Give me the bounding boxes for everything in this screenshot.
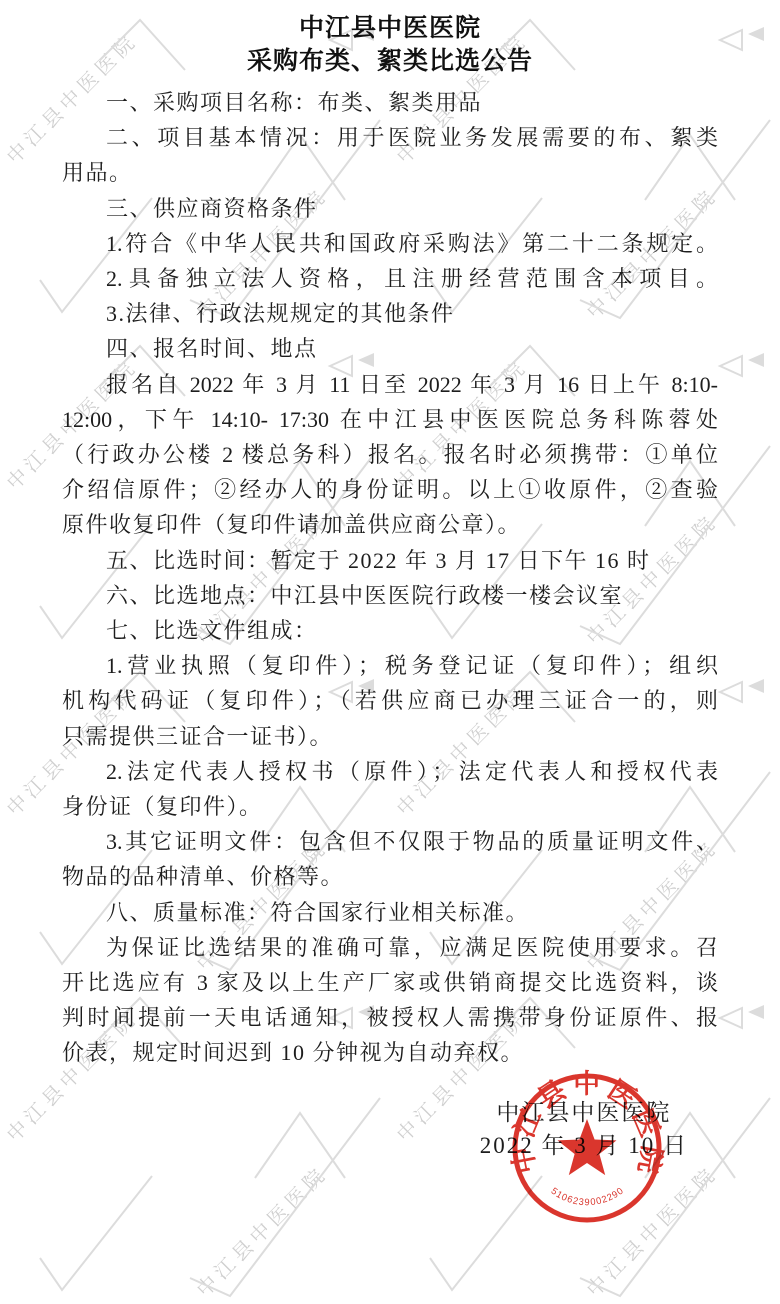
- text-line: 原件收复印件（复印件请加盖供应商公章）。: [62, 507, 718, 542]
- text-line: 只需提供三证合一证书）。: [62, 719, 718, 754]
- document-title-line1: 中江县中医医院: [62, 12, 718, 45]
- text-line: 身份证（复印件）。: [62, 789, 718, 824]
- text-line: 1.符合《中华人民共和国政府采购法》第二十二条规定。: [62, 226, 718, 261]
- text-line: 七、比选文件组成：: [62, 613, 718, 648]
- text-line: 一、采购项目名称：布类、絮类用品: [62, 85, 718, 120]
- official-seal: 中江县中医医院 5106239002290: [502, 1063, 672, 1233]
- document-page: 中江县中医医院 中江县中医医院 中江县中医医院 采购布类、絮类比选公告 一、采购…: [0, 0, 780, 1304]
- text-line: 开比选应有 3 家及以上生产厂家或供销商提交比选资料，谈: [62, 965, 718, 1000]
- text-line: 1.营业执照（复印件）；税务登记证（复印件）；组织: [62, 648, 718, 683]
- text-line: 2.具备独立法人资格，且注册经营范围含本项目。: [62, 261, 718, 296]
- text-line: 判时间提前一天电话通知，被授权人需携带身份证原件、报: [62, 1000, 718, 1035]
- text-line: 物品的品种清单、价格等。: [62, 859, 718, 894]
- text-line: 2.法定代表人授权书（原件）；法定代表人和授权代表: [62, 754, 718, 789]
- seal-star-icon: [558, 1119, 617, 1175]
- text-line: 3.法律、行政法规规定的其他条件: [62, 296, 718, 331]
- svg-text:5106239002290: 5106239002290: [549, 1185, 627, 1208]
- text-line: 四、报名时间、地点: [62, 331, 718, 366]
- text-line: 二、项目基本情况：用于医院业务发展需要的布、絮类: [62, 120, 718, 155]
- seal-code: 5106239002290: [549, 1185, 627, 1208]
- text-line: 六、比选地点：中江县中医医院行政楼一楼会议室: [62, 578, 718, 613]
- text-line: 五、比选时间：暂定于 2022 年 3 月 17 日下午 16 时: [62, 543, 718, 578]
- text-line: 报名自 2022 年 3 月 11 日至 2022 年 3 月 16 日上午 8…: [62, 367, 718, 402]
- document-title-line2: 采购布类、絮类比选公告: [62, 45, 718, 78]
- document-lines: 一、采购项目名称：布类、絮类用品二、项目基本情况：用于医院业务发展需要的布、絮类…: [62, 85, 718, 1071]
- text-line: 12:00，下午 14:10- 17:30 在中江县中医医院总务科陈蓉处: [62, 402, 718, 437]
- text-line: 八、质量标准：符合国家行业相关标准。: [62, 895, 718, 930]
- text-line: 三、供应商资格条件: [62, 191, 718, 226]
- text-line: （行政办公楼 2 楼总务科）报名。报名时必须携带：①单位: [62, 437, 718, 472]
- document-content: 中江县中医医院 采购布类、絮类比选公告 一、采购项目名称：布类、絮类用品二、项目…: [62, 12, 718, 1071]
- text-line: 介绍信原件；②经办人的身份证明。以上①收原件，②查验: [62, 472, 718, 507]
- text-line: 用品。: [62, 155, 718, 190]
- text-line: 3.其它证明文件：包含但不仅限于物品的质量证明文件、: [62, 824, 718, 859]
- text-line: 机构代码证（复印件）；（若供应商已办理三证合一的，则: [62, 683, 718, 718]
- text-line: 为保证比选结果的准确可靠，应满足医院使用要求。召: [62, 930, 718, 965]
